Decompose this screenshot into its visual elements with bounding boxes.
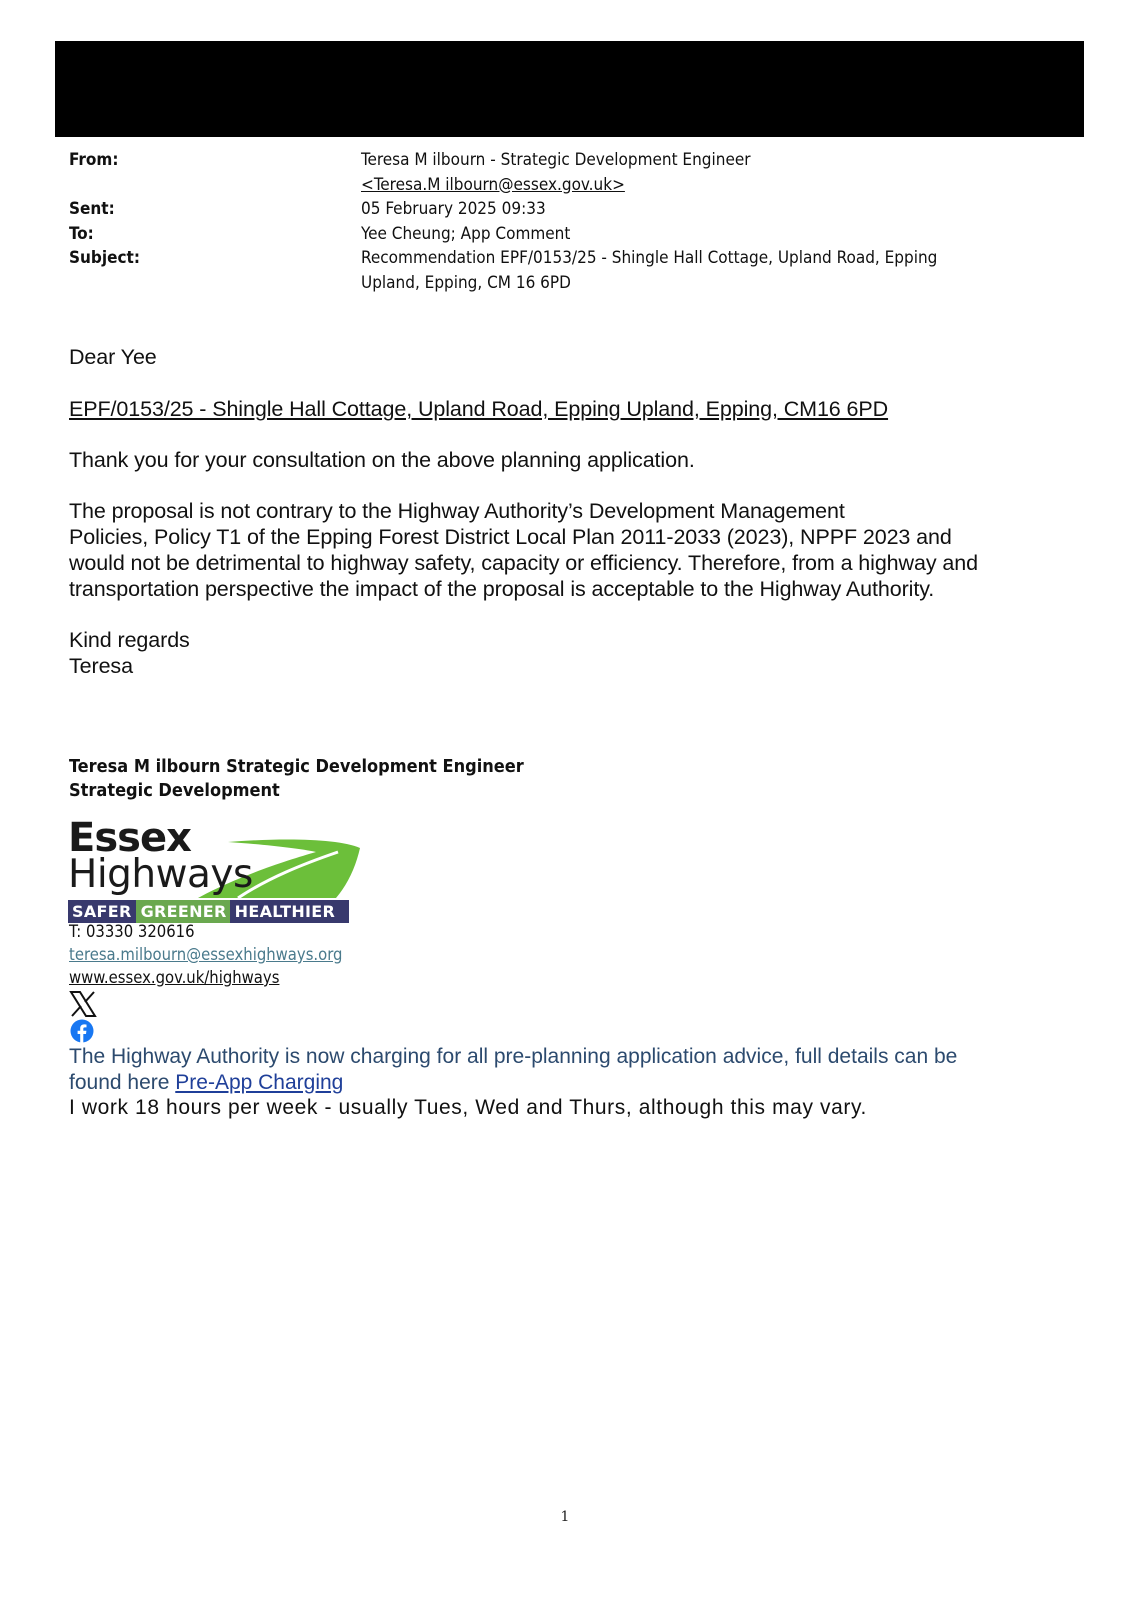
thanks-line: Thank you for your consultation on the a… (69, 447, 695, 473)
to-value: Yee Cheung; App Comment (361, 222, 1021, 247)
pre-app-notice-line-1: The Highway Authority is now charging fo… (69, 1044, 957, 1070)
pre-app-charging-link[interactable]: Pre-App Charging (175, 1071, 343, 1094)
from-name: Teresa M ilbourn - Strategic Development… (361, 148, 1021, 173)
signoff: Kind regards (69, 627, 190, 653)
pre-app-notice-line-2: found here Pre-App Charging (69, 1070, 343, 1096)
x-icon[interactable] (69, 990, 97, 1018)
from-address-link[interactable]: <Teresa.M ilbourn@essex.gov.uk> (361, 173, 1021, 198)
signature-name-title: Teresa M ilbourn Strategic Development E… (69, 755, 524, 779)
signoff-name: Teresa (69, 653, 133, 679)
facebook-icon[interactable] (70, 1019, 94, 1043)
paragraph-line: The proposal is not contrary to the High… (69, 498, 845, 524)
logo-highways-text: Highways (68, 854, 253, 896)
redaction-bar (55, 41, 1084, 137)
essex-highways-logo: Essex Highways SAFER GREENER HEALTHIER (68, 822, 360, 926)
signature-email-link[interactable]: teresa.milbourn@essexhighways.org (69, 943, 342, 966)
paragraph-line: transportation perspective the impact of… (69, 576, 934, 602)
sent-value: 05 February 2025 09:33 (361, 197, 1021, 222)
from-label: From: (69, 148, 319, 173)
signature-phone: T: 03330 320616 (69, 920, 195, 943)
paragraph-line: Policies, Policy T1 of the Epping Forest… (69, 524, 952, 550)
sent-label: Sent: (69, 197, 319, 222)
page-number: 1 (0, 1509, 1130, 1525)
to-label: To: (69, 222, 319, 247)
application-reference: EPF/0153/25 - Shingle Hall Cottage, Upla… (69, 396, 888, 422)
subject-label: Subject: (69, 246, 319, 271)
greeting: Dear Yee (69, 344, 157, 370)
subject-line-2: Upland, Epping, CM 16 6PD (361, 271, 1021, 296)
subject-line-1: Recommendation EPF/0153/25 - Shingle Hal… (361, 246, 1021, 271)
pre-app-notice-prefix: found here (69, 1071, 175, 1094)
tagline-healthier: HEALTHIER (230, 900, 349, 923)
paragraph-line: would not be detrimental to highway safe… (69, 550, 978, 576)
signature-website-link[interactable]: www.essex.gov.uk/highways (69, 966, 279, 989)
working-hours-note: I work 18 hours per week - usually Tues,… (69, 1095, 867, 1121)
signature-department: Strategic Development (69, 779, 280, 803)
